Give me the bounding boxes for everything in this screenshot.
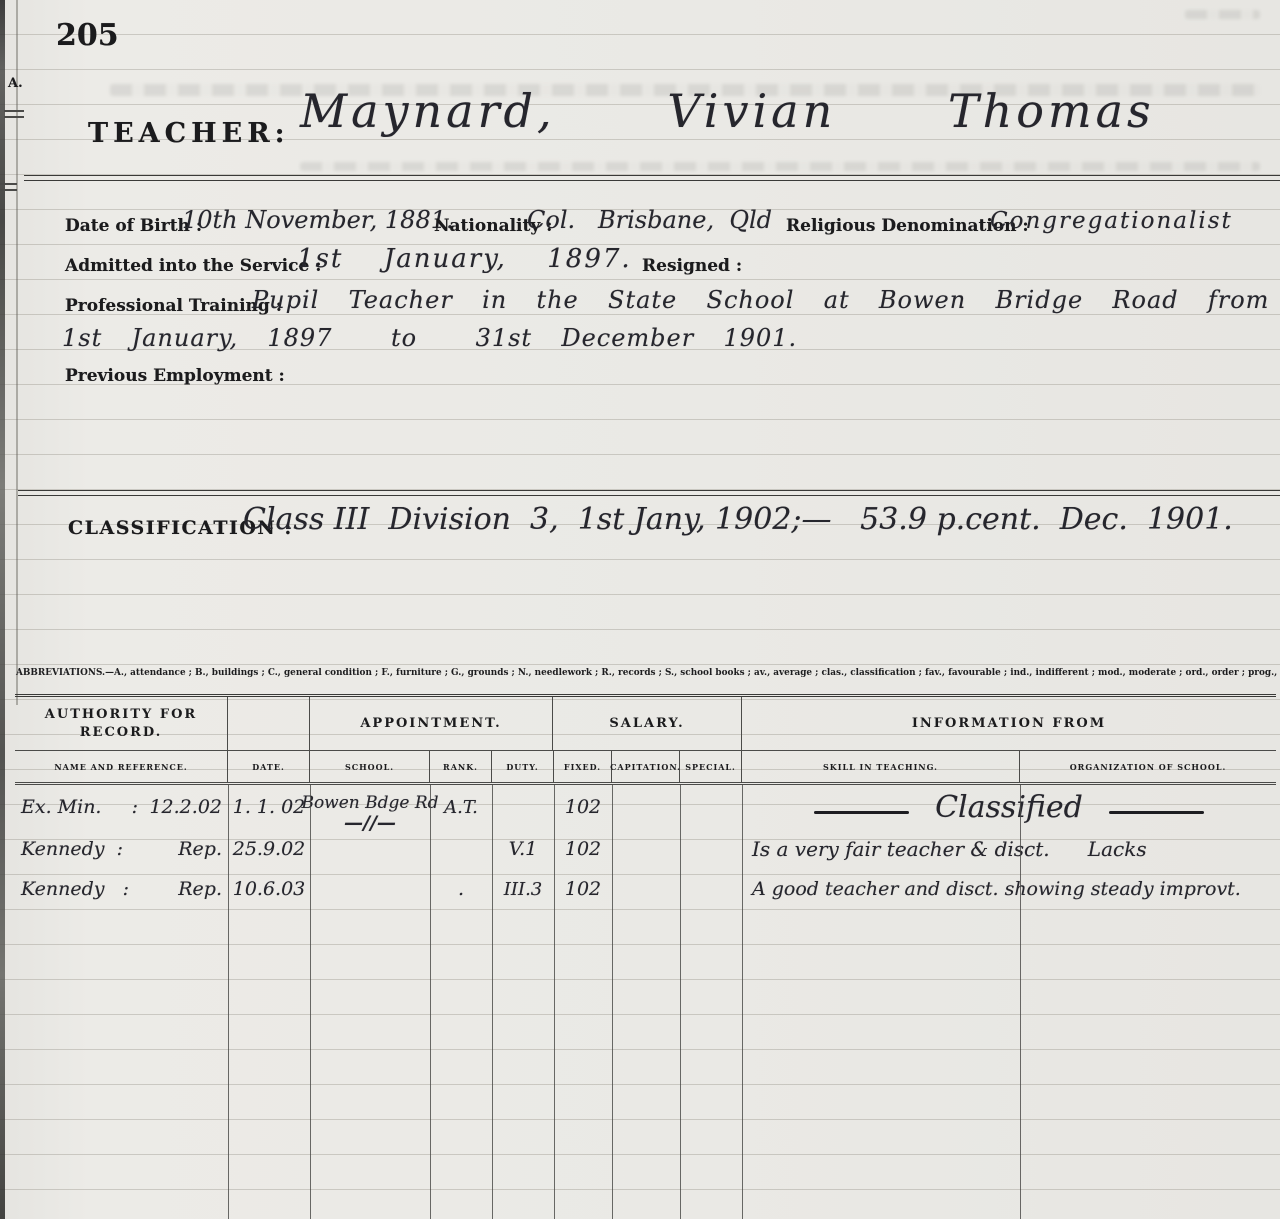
row1-skill: Classified [935, 790, 1083, 825]
column-header-organization: ORGANIZATION OF SCHOOL. [1020, 751, 1276, 782]
table-column-header-row: NAME AND REFERENCE. DATE. SCHOOL. RANK. … [15, 751, 1276, 785]
margin-mark: A. [8, 76, 23, 91]
teacher-record-page: A. 205 TEACHER: Maynard, Vivian Thomas D… [0, 0, 1280, 1219]
table-body: Ex. Min. : 12.2.02 1. 1. 02 Bowen Bdge R… [15, 785, 1276, 909]
divider-under-teacher [24, 175, 1280, 181]
group-header-appointment: APPOINTMENT. [310, 697, 553, 750]
classified-dash-right [1109, 811, 1204, 814]
training-value-line1: Pupil Teacher in the State School at Bow… [252, 286, 1269, 314]
classification-value: Class III Division 3, 1st Jany, 1902;— 5… [243, 502, 1233, 537]
ghost-band-under-name [300, 162, 1260, 171]
row3-skill: A good teacher and disct. showing steady… [742, 869, 1276, 909]
column-header-name-reference: NAME AND REFERENCE. [15, 751, 228, 782]
teacher-name: Maynard, Vivian Thomas [300, 84, 1155, 138]
table-group-header-row: AUTHORITY FOR RECORD. APPOINTMENT. SALAR… [15, 697, 1276, 751]
table-row: Ex. Min. : 12.2.02 [15, 785, 228, 829]
column-header-special: SPECIAL. [680, 751, 742, 782]
row2-reference: Rep. [178, 838, 222, 860]
column-header-fixed: FIXED. [554, 751, 612, 782]
classified-dash-left [814, 811, 909, 814]
teacher-label: TEACHER: [88, 118, 290, 149]
row3-date: 10.6.03 [228, 869, 310, 909]
row3-rank: . [430, 869, 492, 909]
margin-tick-upper [4, 110, 24, 118]
row2-date: 25.9.02 [228, 829, 310, 869]
table-vline [430, 785, 431, 1219]
row3-authority: Kennedy : [21, 878, 129, 900]
religion-value: Congregationalist [990, 208, 1233, 234]
training-value-line2: 1st January, 1897 to 31st December 1901. [62, 324, 797, 352]
column-header-date: DATE. [228, 751, 310, 782]
row2-fixed: 102 [554, 829, 612, 869]
row1-authority: Ex. Min. : [21, 796, 138, 818]
admitted-value: 1st January, 1897. [297, 244, 632, 274]
abbreviations-line: ABBREVIATIONS.—A., attendance ; B., buil… [16, 668, 1257, 678]
page-number: 205 [56, 18, 119, 53]
column-header-skill: SKILL IN TEACHING. [742, 751, 1020, 782]
row1-fixed: 102 [554, 785, 612, 829]
group-header-date-spacer [228, 697, 310, 750]
column-header-capitation: CAPITATION. [612, 751, 680, 782]
record-table: AUTHORITY FOR RECORD. APPOINTMENT. SALAR… [15, 694, 1276, 1219]
admitted-label: Admitted into the Service : [65, 256, 321, 276]
row2-duty: V.1 [492, 829, 554, 869]
row3-reference: Rep. [178, 878, 222, 900]
row1-school-cell: Bowen Bdge Rd —//— [310, 785, 430, 843]
group-header-salary: SALARY. [553, 697, 742, 750]
row2-skill: Is a very fair teacher & disct. Lacks [742, 829, 1276, 869]
row1-rank: A.T. [430, 785, 492, 829]
row1-school-ditto: —//— [344, 814, 396, 833]
table-vline [612, 785, 613, 1219]
row1-school: Bowen Bdge Rd [301, 795, 438, 812]
row1-date: 1. 1. 02 [228, 785, 310, 829]
row1-reference: 12.2.02 [149, 796, 222, 818]
column-header-school: SCHOOL. [310, 751, 430, 782]
row3-fixed: 102 [554, 869, 612, 909]
resigned-label: Resigned : [642, 256, 742, 276]
column-header-rank: RANK. [430, 751, 492, 782]
dob-value: 10th November, 1881. [182, 206, 454, 234]
previous-employment-label: Previous Employment : [65, 366, 285, 386]
table-vline [1020, 785, 1021, 1219]
table-vline [228, 785, 229, 1219]
row2-authority: Kennedy : [21, 838, 123, 860]
row1-skill-classified: Classified [742, 785, 1276, 829]
divider-above-classification [18, 490, 1280, 496]
table-vline [554, 785, 555, 1219]
corner-smudge [1185, 10, 1260, 19]
table-vline [680, 785, 681, 1219]
training-label: Professional Training : [65, 296, 282, 316]
table-row: Kennedy : Rep. [15, 869, 228, 909]
row3-duty: III.3 [492, 869, 554, 909]
table-vline [492, 785, 493, 1219]
group-header-information: INFORMATION FROM [742, 697, 1276, 750]
nationality-value: Col. Brisbane, Qld [527, 206, 772, 234]
column-header-duty: DUTY. [492, 751, 554, 782]
table-vline [310, 785, 311, 1219]
table-row: Kennedy : Rep. [15, 829, 228, 869]
table-vline [742, 785, 743, 1219]
margin-rule-line [16, 0, 18, 705]
group-header-authority: AUTHORITY FOR RECORD. [15, 697, 228, 750]
margin-tick-lower [0, 183, 17, 191]
